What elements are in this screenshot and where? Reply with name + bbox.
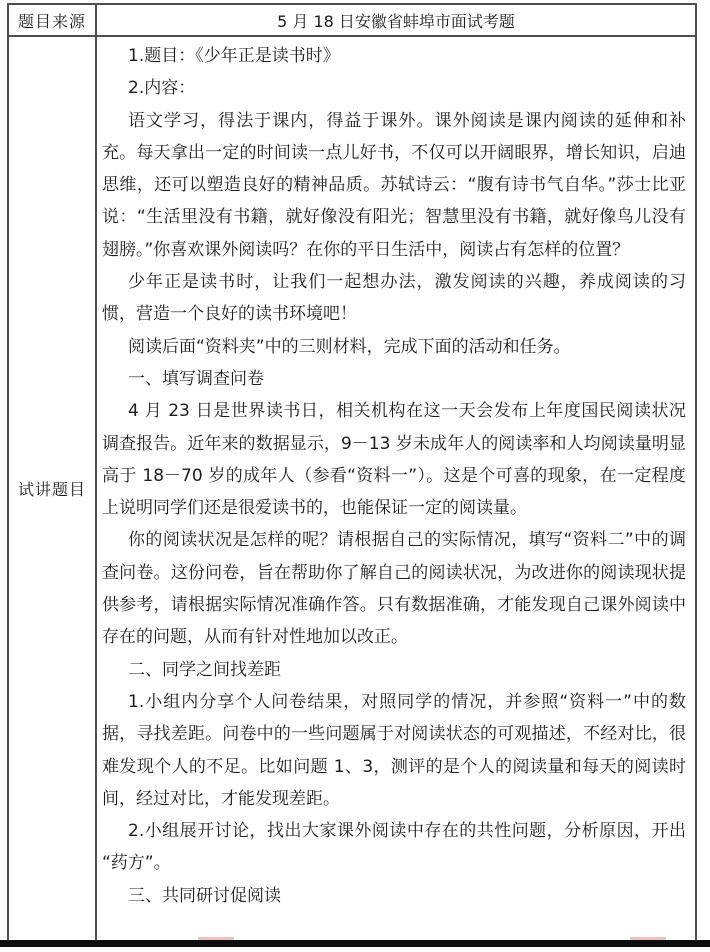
paragraph: 三、共同研讨促阅读 — [102, 880, 686, 912]
paragraph: 2.小组展开讨论，找出大家课外阅读中存在的共性问题，分析原因，开出“药方”。 — [102, 815, 686, 880]
topic-label-cell: 试讲题目 — [9, 37, 97, 940]
source-value-cell: 5 月 18 日安徽省蚌埠市面试考题 — [97, 5, 695, 35]
exam-question-table: 题目来源 5 月 18 日安徽省蚌埠市面试考题 试讲题目 1.题目：《少年正是读… — [7, 3, 697, 940]
paragraph: 2.内容： — [102, 72, 686, 104]
paragraph: 4 月 23 日是世界读书日，相关机构在这一天会发布上年度国民阅读状况调查报告。… — [102, 395, 686, 524]
bottom-rule — [0, 940, 710, 947]
paragraph: 少年正是读书时，让我们一起想办法，激发阅读的兴趣，养成阅读的习惯，营造一个良好的… — [102, 266, 686, 331]
paragraph: 阅读后面“资料夹”中的三则材料，完成下面的活动和任务。 — [102, 331, 686, 363]
source-row: 题目来源 5 月 18 日安徽省蚌埠市面试考题 — [9, 5, 695, 37]
content-paragraphs: 1.题目：《少年正是读书时》2.内容：语文学习，得法于课内，得益于课外。课外阅读… — [97, 37, 695, 940]
paragraph: 一、填写调查问卷 — [102, 363, 686, 395]
paragraph: 你的阅读状况是怎样的呢？请根据自己的实际情况，填写“资料二”中的调查问卷。这份问… — [102, 524, 686, 653]
watermark-artifact — [198, 937, 234, 940]
topic-row: 试讲题目 1.题目：《少年正是读书时》2.内容：语文学习，得法于课内，得益于课外… — [9, 37, 695, 940]
source-label-cell: 题目来源 — [9, 5, 97, 35]
paragraph: 1.小组内分享个人问卷结果，对照同学的情况，并参照“资料一”中的数据，寻找差距。… — [102, 686, 686, 815]
paragraph: 二、同学之间找差距 — [102, 654, 686, 686]
watermark-artifact — [630, 937, 666, 940]
paragraph: 1.题目：《少年正是读书时》 — [102, 40, 686, 72]
paragraph: 语文学习，得法于课内，得益于课外。课外阅读是课内阅读的延伸和补充。每天拿出一定的… — [102, 105, 686, 266]
